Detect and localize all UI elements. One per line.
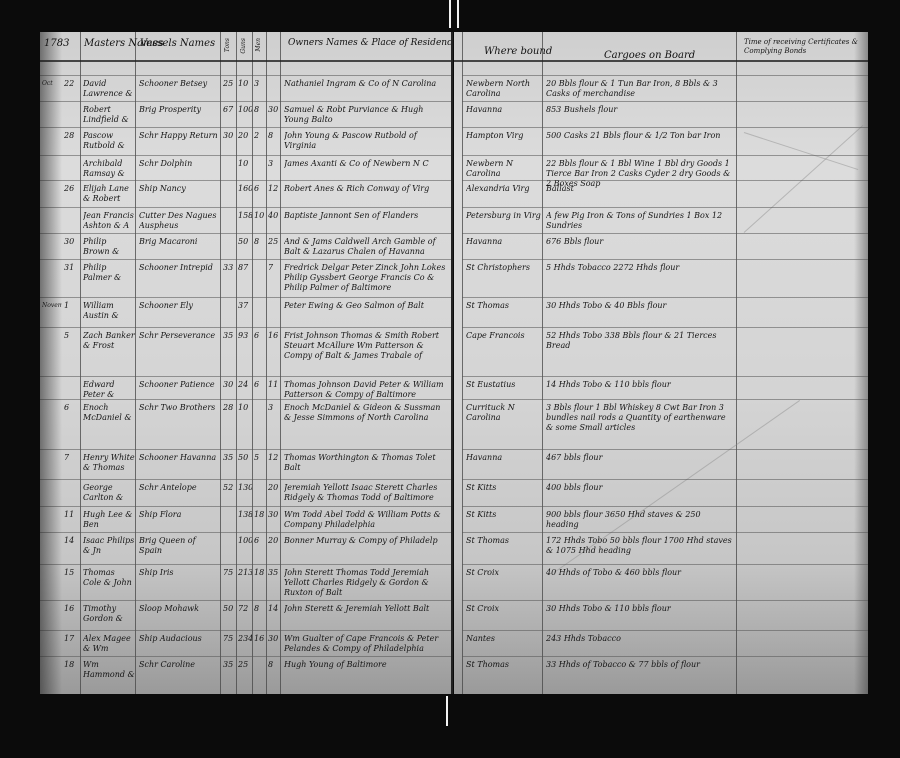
row-masters: Zach Banker & Frost Johnson [83,331,135,351]
row-men2: 12 [268,453,280,463]
header-vessels-names: Vessels Names [140,38,215,49]
row-vessel: Schr Two Brothers [139,403,219,423]
row-divider [40,297,451,298]
row-vessel: Schr Dolphin [139,159,219,179]
row-masters: Henry White & Thomas Worthington [83,453,135,473]
row-guns: 37 [238,301,252,311]
row-day: 11 [64,510,78,520]
row-divider [40,506,451,507]
row-divider [40,600,451,601]
row-day: 18 [64,660,78,670]
row-masters: Edward Peter & Thomas Johnson [83,380,135,400]
row-masters: William Austin & Patrick Devrough [83,301,135,321]
row-guns: 10 [238,159,252,169]
row-divider [40,656,451,657]
row-vessel: Ship Iris [139,568,219,588]
row-guns: 160 [238,184,252,194]
row-masters: Hugh Lee & Ben Crockett [83,510,135,530]
row-divider [40,376,451,377]
row-where-bound: St Christophers [466,263,542,283]
row-divider [462,399,868,400]
row-guns: 138 [238,510,252,520]
row-masters: Philip Palmer & Frederick Delgado [83,263,135,283]
row-guns: 158 [238,211,252,221]
row-men2: 25 [268,237,280,247]
row-guns: 10 [238,403,252,413]
row-day: 7 [64,453,78,463]
row-where-bound: Cape Francois [466,331,542,351]
header-owners: Owners Names & Place of Residence [288,38,453,48]
row-men2: 8 [268,131,280,141]
row-divider [462,600,868,601]
row-where-bound: Havanna [466,237,542,257]
row-guns: 100 [238,105,252,115]
row-cargo: 52 Hhds Tobo 338 Bbls flour & 21 Tierces… [546,331,734,361]
row-men2: 7 [268,263,280,273]
row-divider [40,532,451,533]
row-where-bound: Nantes [466,634,542,654]
row-divider [462,327,868,328]
header-men: Men [255,38,262,52]
row-owners: Hugh Young of Baltimore [284,660,448,690]
row-vessel: Brig Macaroni [139,237,219,257]
row-where-bound: Havanna [466,453,542,473]
row-divider [40,155,451,156]
row-tons: 75 [223,634,235,644]
row-men: 5 [254,453,266,463]
row-men2: 35 [268,568,280,578]
row-divider [462,506,868,507]
row-cargo: 40 Hhds of Tobo & 460 bbls flour [546,568,734,598]
row-guns: 10 [238,79,252,89]
row-vessel: Schr Perseverance [139,331,219,351]
row-tons: 30 [223,131,235,141]
row-masters: Thomas Cole & John Sterett [83,568,135,588]
row-men: 6 [254,380,266,390]
row-divider [462,127,868,128]
row-men2: 16 [268,331,280,341]
row-tons: 35 [223,331,235,341]
row-month: Oct [42,79,62,89]
row-where-bound: Newbern N Carolina [466,159,542,179]
row-men2: 30 [268,510,280,520]
row-day: 6 [64,403,78,413]
row-divider [40,479,451,480]
row-divider [462,449,868,450]
row-month: Novem [42,301,62,311]
row-day: 14 [64,536,78,546]
row-tons: 25 [223,79,235,89]
row-where-bound: St Eustatius [466,380,542,400]
row-divider [40,127,451,128]
row-owners: John Young & Pascow Rutbold of Virginia [284,131,448,161]
header-time-certificates: Time of receiving Certificates & Complyi… [744,38,862,56]
row-divider [462,376,868,377]
row-tons: 33 [223,263,235,273]
row-owners: John Sterett Thomas Todd Jeremiah Yellot… [284,568,448,598]
row-masters: Archibald Ramsay & James Tibbetts [83,159,135,179]
row-owners: Enoch McDaniel & Gideon & Sussman & Jess… [284,403,448,433]
row-where-bound: Hampton Virg [466,131,542,151]
row-owners: Jeremiah Yellott Isaac Sterett Charles R… [284,483,448,513]
row-where-bound: Newbern North Carolina [466,79,542,99]
row-masters: Philip Brown & Arch Gamble [83,237,135,257]
row-cargo: 33 Hhds of Tobacco & 77 bbls of flour [546,660,734,690]
row-tons: 75 [223,568,235,578]
row-vessel: Brig Queen of Spain [139,536,219,556]
row-divider [462,75,868,76]
row-masters: Elijah Lane & Robert Arnold [83,184,135,204]
row-where-bound: St Croix [466,568,542,588]
row-tons: 28 [223,403,235,413]
row-guns: 213 [238,568,252,578]
row-where-bound: Havanna [466,105,542,125]
row-cargo: 400 bbls flour [546,483,734,513]
header-tons: Tons [224,38,231,52]
row-guns: 24 [238,380,252,390]
row-where-bound: St Croix [466,604,542,624]
row-vessel: Schooner Patience [139,380,219,400]
row-guns: 93 [238,331,252,341]
row-where-bound: St Thomas [466,660,542,680]
row-men2: 40 [268,211,280,221]
row-where-bound: Petersburg in Virg [466,211,542,231]
row-tons: 67 [223,105,235,115]
row-where-bound: Currituck N Carolina [466,403,542,423]
row-masters: Alex Magee & Wm Beckenridge [83,634,135,654]
row-men: 2 [254,131,266,141]
row-divider [40,101,451,102]
row-day: 26 [64,184,78,194]
row-guns: 100 [238,536,252,546]
row-cargo: Ballast [546,184,734,214]
row-cargo: 3 Bbls flour 1 Bbl Whiskey 8 Cwt Bar Iro… [546,403,734,433]
row-guns: 130 [238,483,252,493]
row-divider [40,75,451,76]
row-day: 31 [64,263,78,273]
row-day: 1 [64,301,78,311]
row-divider [40,327,451,328]
row-divider [462,259,868,260]
row-divider [40,449,451,450]
row-men2: 14 [268,604,280,614]
row-owners: Bonner Murray & Compy of Philadelp [284,536,448,566]
row-divider [462,532,868,533]
row-vessel: Ship Nancy [139,184,219,204]
row-cargo: 500 Casks 21 Bbls flour & 1/2 Ton bar Ir… [546,131,734,161]
binding-clip-top-left [449,0,451,28]
row-divider [462,180,868,181]
row-vessel: Ship Flora [139,510,219,530]
row-divider [462,564,868,565]
row-men: 8 [254,237,266,247]
row-vessel: Schooner Betsey [139,79,219,99]
row-men2: 30 [268,105,280,115]
binding-clip-top-right [457,0,459,28]
row-men: 18 [254,568,266,578]
row-day: 22 [64,79,78,89]
row-masters: Pascow Rutbold & John Rogers [83,131,135,151]
row-men2: 20 [268,483,280,493]
row-divider [40,630,451,631]
row-men2: 11 [268,380,280,390]
row-vessel: Schr Antelope [139,483,219,503]
row-tons: 30 [223,380,235,390]
row-men: 3 [254,79,266,89]
row-masters: Jean Francis Ashton & A Courtney [83,211,135,231]
row-tons: 52 [223,483,235,493]
row-masters: Enoch McDaniel & Abel Dinkerton [83,403,135,423]
row-divider [462,297,868,298]
row-vessel: Cutter Des Nagues Auspheus [139,211,219,231]
row-where-bound: St Kitts [466,483,542,503]
row-vessel: Sloop Mohawk [139,604,219,624]
row-divider [462,656,868,657]
row-vessel: Schooner Havanna [139,453,219,473]
row-where-bound: St Thomas [466,301,542,321]
row-tons: 35 [223,453,235,463]
row-day: 5 [64,331,78,341]
row-divider [40,180,451,181]
row-masters: George Carlton & John Simmes [83,483,135,503]
header-year: 1783 [44,38,69,49]
row-men: 10 [254,211,266,221]
row-divider [40,259,451,260]
row-divider [462,101,868,102]
row-men2: 8 [268,660,280,670]
row-men2: 20 [268,536,280,546]
row-vessel: Schr Caroline [139,660,219,680]
row-divider [462,630,868,631]
row-where-bound: St Kitts [466,510,542,530]
binding-clip-bottom [446,696,448,726]
row-vessel: Ship Audacious [139,634,219,654]
row-owners: Robert Anes & Rich Conway of Virg [284,184,448,214]
row-men: 18 [254,510,266,520]
row-men2: 30 [268,634,280,644]
row-day: 17 [64,634,78,644]
row-masters: David Lawrence & Robert McClanahan [83,79,135,99]
row-men: 8 [254,105,266,115]
row-masters: Robert Lindfield & Robt Purviance [83,105,135,125]
row-vessel: Schooner Intrepid [139,263,219,283]
row-day: 28 [64,131,78,141]
row-owners: Fredrick Delgar Peter Zinck John Lokes P… [284,263,448,293]
row-guns: 87 [238,263,252,273]
header-cargoes: Cargoes on Board [604,50,695,61]
row-vessel: Schr Happy Return [139,131,219,151]
row-men: 8 [254,604,266,614]
row-divider [40,233,451,234]
row-men: 6 [254,536,266,546]
row-day: 30 [64,237,78,247]
row-divider [40,564,451,565]
row-guns: 72 [238,604,252,614]
row-tons: 50 [223,604,235,614]
row-masters: Timothy Gordon & John Sterett [83,604,135,624]
row-cargo: 172 Hhds Tobo 50 bbls flour 1700 Hhd sta… [546,536,734,566]
row-guns: 25 [238,660,252,670]
right-page: Where bound Cargoes on Board Time of rec… [454,32,868,694]
row-tons: 35 [223,660,235,670]
row-where-bound: Alexandria Virg [466,184,542,204]
row-owners: Frist Johnson Thomas & Smith Robert Steu… [284,331,448,361]
row-divider [462,155,868,156]
header-guns: Guns [240,38,247,54]
row-men2: 12 [268,184,280,194]
row-men2: 3 [268,159,280,169]
row-divider [40,207,451,208]
row-guns: 50 [238,237,252,247]
row-divider [462,479,868,480]
row-masters: Wm Hammond & John Elliott [83,660,135,680]
header-where-bound: Where bound [484,46,552,57]
row-men: 6 [254,184,266,194]
row-divider [462,207,868,208]
row-day: 16 [64,604,78,614]
row-men2: 3 [268,403,280,413]
row-guns: 20 [238,131,252,141]
row-guns: 234 [238,634,252,644]
row-cargo: 5 Hhds Tobacco 2272 Hhds flour [546,263,734,293]
row-men: 6 [254,331,266,341]
left-page: 1783 Masters Names Vessels Names Tons Gu… [40,32,453,694]
row-where-bound: St Thomas [466,536,542,556]
row-divider [40,399,451,400]
row-guns: 50 [238,453,252,463]
row-day: 15 [64,568,78,578]
row-vessel: Brig Prosperity [139,105,219,125]
row-masters: Isaac Philips & Jn Donaldson [83,536,135,556]
row-men: 16 [254,634,266,644]
row-vessel: Schooner Ely [139,301,219,321]
row-divider [462,233,868,234]
